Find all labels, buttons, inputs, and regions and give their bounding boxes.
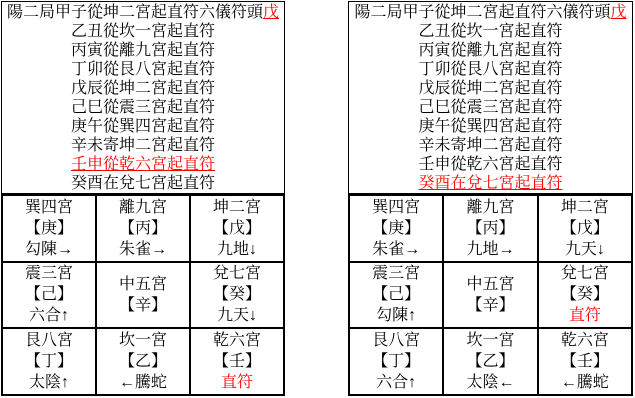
grid-row: 巽四宮 【庚】 朱雀→ 離九宮 【丙】 九地→ 坤二宮 【戊】 九天↓ bbox=[349, 195, 632, 262]
palace-deity: 六合↑ bbox=[3, 305, 95, 326]
deity-name: 太陰 bbox=[466, 374, 498, 391]
palace-stem: 【丁】 bbox=[3, 351, 95, 372]
arrow-icon: ↑ bbox=[61, 307, 69, 324]
grid-row: 震三宮 【己】 六合↑ 中五宮 【辛】 兌七宮 【癸】 九天↓ bbox=[2, 262, 284, 329]
palace-deity: 直符 bbox=[191, 372, 283, 393]
palace-cell-xun4: 巽四宮 【庚】 勾陳→ bbox=[2, 195, 96, 262]
palace-deity: 六合↑ bbox=[350, 372, 442, 393]
title-text: 陽二局甲子從坤二宮起直符六儀符頭 bbox=[354, 4, 610, 21]
deity-name: 直符 bbox=[221, 374, 253, 391]
palace-cell-kan1: 坎一宮 【乙】 ←騰蛇 bbox=[96, 328, 190, 395]
formula-line: 乙丑從坎一宮起直符 bbox=[2, 22, 284, 41]
formula-line: 癸酉在兌七宮起直符 bbox=[349, 174, 632, 193]
palace-cell-center5: 中五宮 【辛】 bbox=[443, 262, 537, 329]
palace-stem: 【丙】 bbox=[444, 218, 536, 239]
palace-stem: 【壬】 bbox=[191, 351, 283, 372]
palace-name: 兌七宮 bbox=[539, 263, 631, 284]
palace-deity: 勾陳↑ bbox=[350, 305, 442, 326]
deity-name: 六合 bbox=[29, 307, 61, 324]
formula-title: 陽二局甲子從坤二宮起直符六儀符頭戊 bbox=[349, 3, 632, 22]
grid-row: 艮八宮 【丁】 太陰↑ 坎一宮 【乙】 ←騰蛇 乾六宮 【壬】 直符 bbox=[2, 328, 284, 395]
formula-line: 壬申從乾六宮起直符 bbox=[2, 155, 284, 174]
arrow-icon: ↓ bbox=[249, 241, 257, 258]
palace-stem: 【庚】 bbox=[3, 218, 95, 239]
formula-line: 庚午從巽四宮起直符 bbox=[2, 117, 284, 136]
deity-name: 九天 bbox=[565, 241, 597, 258]
palace-cell-kun2: 坤二宮 【戊】 九地↓ bbox=[190, 195, 284, 262]
palace-stem: 【乙】 bbox=[97, 351, 189, 372]
palace-deity: 朱雀→ bbox=[97, 239, 189, 260]
palace-deity: ←騰蛇 bbox=[539, 372, 631, 393]
palace-cell-gen8: 艮八宮 【丁】 六合↑ bbox=[349, 328, 443, 395]
palace-deity: 九地→ bbox=[444, 239, 536, 260]
deity-name: 勾陳 bbox=[25, 241, 57, 258]
panel-left: 陽二局甲子從坤二宮起直符六儀符頭戊 乙丑從坎一宮起直符 丙寅從離九宮起直符 丁卯… bbox=[1, 1, 285, 396]
formula-box: 陽二局甲子從坤二宮起直符六儀符頭戊 乙丑從坎一宮起直符 丙寅從離九宮起直符 丁卯… bbox=[348, 1, 633, 194]
formula-line: 乙丑從坎一宮起直符 bbox=[349, 22, 632, 41]
palace-cell-gen8: 艮八宮 【丁】 太陰↑ bbox=[2, 328, 96, 395]
palace-cell-li9: 離九宮 【丙】 朱雀→ bbox=[96, 195, 190, 262]
palace-deity: 九天↓ bbox=[191, 305, 283, 326]
formula-title: 陽二局甲子從坤二宮起直符六儀符頭戊 bbox=[2, 3, 284, 22]
formula-line: 癸酉在兌七宮起直符 bbox=[2, 174, 284, 193]
palace-name: 艮八宮 bbox=[3, 330, 95, 351]
deity-name: 六合 bbox=[376, 374, 408, 391]
palace-cell-zhen3: 震三宮 【己】 六合↑ bbox=[2, 262, 96, 329]
arrow-icon: ↓ bbox=[597, 241, 605, 258]
grid-row: 艮八宮 【丁】 六合↑ 坎一宮 【乙】 太陰← 乾六宮 【壬】 ←騰蛇 bbox=[349, 328, 632, 395]
palace-name: 坤二宮 bbox=[191, 197, 283, 218]
palace-stem: 【癸】 bbox=[539, 284, 631, 305]
deity-name: 直符 bbox=[569, 307, 601, 324]
palace-deity: 九地↓ bbox=[191, 239, 283, 260]
palace-cell-center5: 中五宮 【辛】 bbox=[96, 262, 190, 329]
palace-cell-xun4: 巽四宮 【庚】 朱雀→ bbox=[349, 195, 443, 262]
palace-deity: 九天↓ bbox=[539, 239, 631, 260]
deity-name: 勾陳 bbox=[376, 307, 408, 324]
arrow-icon: ↑ bbox=[408, 374, 416, 391]
arrow-icon: ↓ bbox=[249, 307, 257, 324]
arrow-icon: → bbox=[57, 241, 73, 258]
deity-name: 騰蛇 bbox=[135, 374, 167, 391]
palace-stem: 【庚】 bbox=[350, 218, 442, 239]
palace-name: 震三宮 bbox=[3, 263, 95, 284]
formula-line: 己巳從震三宮起直符 bbox=[349, 98, 632, 117]
formula-line: 戊辰從坤二宮起直符 bbox=[349, 79, 632, 98]
palace-name: 中五宮 bbox=[444, 274, 536, 295]
palace-name: 兌七宮 bbox=[191, 263, 283, 284]
palace-cell-qian6: 乾六宮 【壬】 直符 bbox=[190, 328, 284, 395]
palace-stem: 【己】 bbox=[350, 284, 442, 305]
title-stem-highlight: 戊 bbox=[263, 4, 279, 21]
formula-line: 辛未寄坤二宮起直符 bbox=[2, 136, 284, 155]
palace-stem: 【戊】 bbox=[539, 218, 631, 239]
formula-line: 戊辰從坤二宮起直符 bbox=[2, 79, 284, 98]
arrow-icon: → bbox=[151, 241, 167, 258]
formula-line: 丙寅從離九宮起直符 bbox=[349, 41, 632, 60]
palace-name: 乾六宮 bbox=[191, 330, 283, 351]
palace-stem: 【癸】 bbox=[191, 284, 283, 305]
formula-line: 丁卯從艮八宮起直符 bbox=[2, 60, 284, 79]
title-stem-highlight: 戊 bbox=[611, 4, 627, 21]
palace-stem: 【戊】 bbox=[191, 218, 283, 239]
arrow-icon: ↑ bbox=[408, 307, 416, 324]
formula-box: 陽二局甲子從坤二宮起直符六儀符頭戊 乙丑從坎一宮起直符 丙寅從離九宮起直符 丁卯… bbox=[1, 1, 285, 194]
title-text: 陽二局甲子從坤二宮起直符六儀符頭 bbox=[7, 4, 263, 21]
palace-name: 坤二宮 bbox=[539, 197, 631, 218]
formula-line: 丙寅從離九宮起直符 bbox=[2, 41, 284, 60]
palace-deity: 太陰↑ bbox=[3, 372, 95, 393]
palace-cell-li9: 離九宮 【丙】 九地→ bbox=[443, 195, 537, 262]
palace-name: 中五宮 bbox=[97, 274, 189, 295]
arrow-icon: → bbox=[404, 241, 420, 258]
arrow-icon: ← bbox=[499, 374, 515, 391]
palace-deity: ←騰蛇 bbox=[97, 372, 189, 393]
palace-stem: 【己】 bbox=[3, 284, 95, 305]
palace-name: 坎一宮 bbox=[444, 330, 536, 351]
deity-name: 九天 bbox=[217, 307, 249, 324]
palace-deity: 直符 bbox=[539, 305, 631, 326]
deity-name: 太陰 bbox=[29, 374, 61, 391]
palace-deity: 太陰← bbox=[444, 372, 536, 393]
formula-line: 丁卯從艮八宮起直符 bbox=[349, 60, 632, 79]
arrow-icon: ← bbox=[561, 374, 577, 391]
palace-stem: 【乙】 bbox=[444, 351, 536, 372]
grid-row: 震三宮 【己】 勾陳↑ 中五宮 【辛】 兌七宮 【癸】 直符 bbox=[349, 262, 632, 329]
palace-grid: 巽四宮 【庚】 勾陳→ 離九宮 【丙】 朱雀→ 坤二宮 【戊】 九地↓ 震三宮 bbox=[1, 194, 285, 396]
formula-line: 己巳從震三宮起直符 bbox=[2, 98, 284, 117]
formula-line: 庚午從巽四宮起直符 bbox=[349, 117, 632, 136]
arrow-icon: ← bbox=[119, 374, 135, 391]
deity-name: 朱雀 bbox=[119, 241, 151, 258]
palace-grid: 巽四宮 【庚】 朱雀→ 離九宮 【丙】 九地→ 坤二宮 【戊】 九天↓ 震三宮 bbox=[348, 194, 633, 396]
palace-name: 巽四宮 bbox=[3, 197, 95, 218]
palace-stem: 【丁】 bbox=[350, 351, 442, 372]
palace-deity: 朱雀→ bbox=[350, 239, 442, 260]
arrow-icon: ↑ bbox=[61, 374, 69, 391]
arrow-icon: → bbox=[499, 241, 515, 258]
palace-name: 離九宮 bbox=[444, 197, 536, 218]
palace-name: 離九宮 bbox=[97, 197, 189, 218]
formula-line: 辛未寄坤二宮起直符 bbox=[349, 136, 632, 155]
palace-stem: 【壬】 bbox=[539, 351, 631, 372]
palace-cell-zhen3: 震三宮 【己】 勾陳↑ bbox=[349, 262, 443, 329]
palace-stem: 【辛】 bbox=[97, 295, 189, 316]
panel-right: 陽二局甲子從坤二宮起直符六儀符頭戊 乙丑從坎一宮起直符 丙寅從離九宮起直符 丁卯… bbox=[348, 1, 633, 396]
palace-deity: 勾陳→ bbox=[3, 239, 95, 260]
deity-name: 朱雀 bbox=[372, 241, 404, 258]
palace-cell-dui7: 兌七宮 【癸】 直符 bbox=[538, 262, 632, 329]
palace-stem: 【辛】 bbox=[444, 295, 536, 316]
palace-cell-kun2: 坤二宮 【戊】 九天↓ bbox=[538, 195, 632, 262]
palace-name: 乾六宮 bbox=[539, 330, 631, 351]
palace-name: 坎一宮 bbox=[97, 330, 189, 351]
deity-name: 九地 bbox=[466, 241, 498, 258]
palace-cell-dui7: 兌七宮 【癸】 九天↓ bbox=[190, 262, 284, 329]
palace-name: 艮八宮 bbox=[350, 330, 442, 351]
palace-name: 震三宮 bbox=[350, 263, 442, 284]
deity-name: 騰蛇 bbox=[577, 374, 609, 391]
palace-stem: 【丙】 bbox=[97, 218, 189, 239]
palace-name: 巽四宮 bbox=[350, 197, 442, 218]
formula-line: 壬申從乾六宮起直符 bbox=[349, 155, 632, 174]
grid-row: 巽四宮 【庚】 勾陳→ 離九宮 【丙】 朱雀→ 坤二宮 【戊】 九地↓ bbox=[2, 195, 284, 262]
qimen-dunjia-page: 陽二局甲子從坤二宮起直符六儀符頭戊 乙丑從坎一宮起直符 丙寅從離九宮起直符 丁卯… bbox=[0, 0, 635, 398]
deity-name: 九地 bbox=[217, 241, 249, 258]
palace-cell-kan1: 坎一宮 【乙】 太陰← bbox=[443, 328, 537, 395]
palace-cell-qian6: 乾六宮 【壬】 ←騰蛇 bbox=[538, 328, 632, 395]
